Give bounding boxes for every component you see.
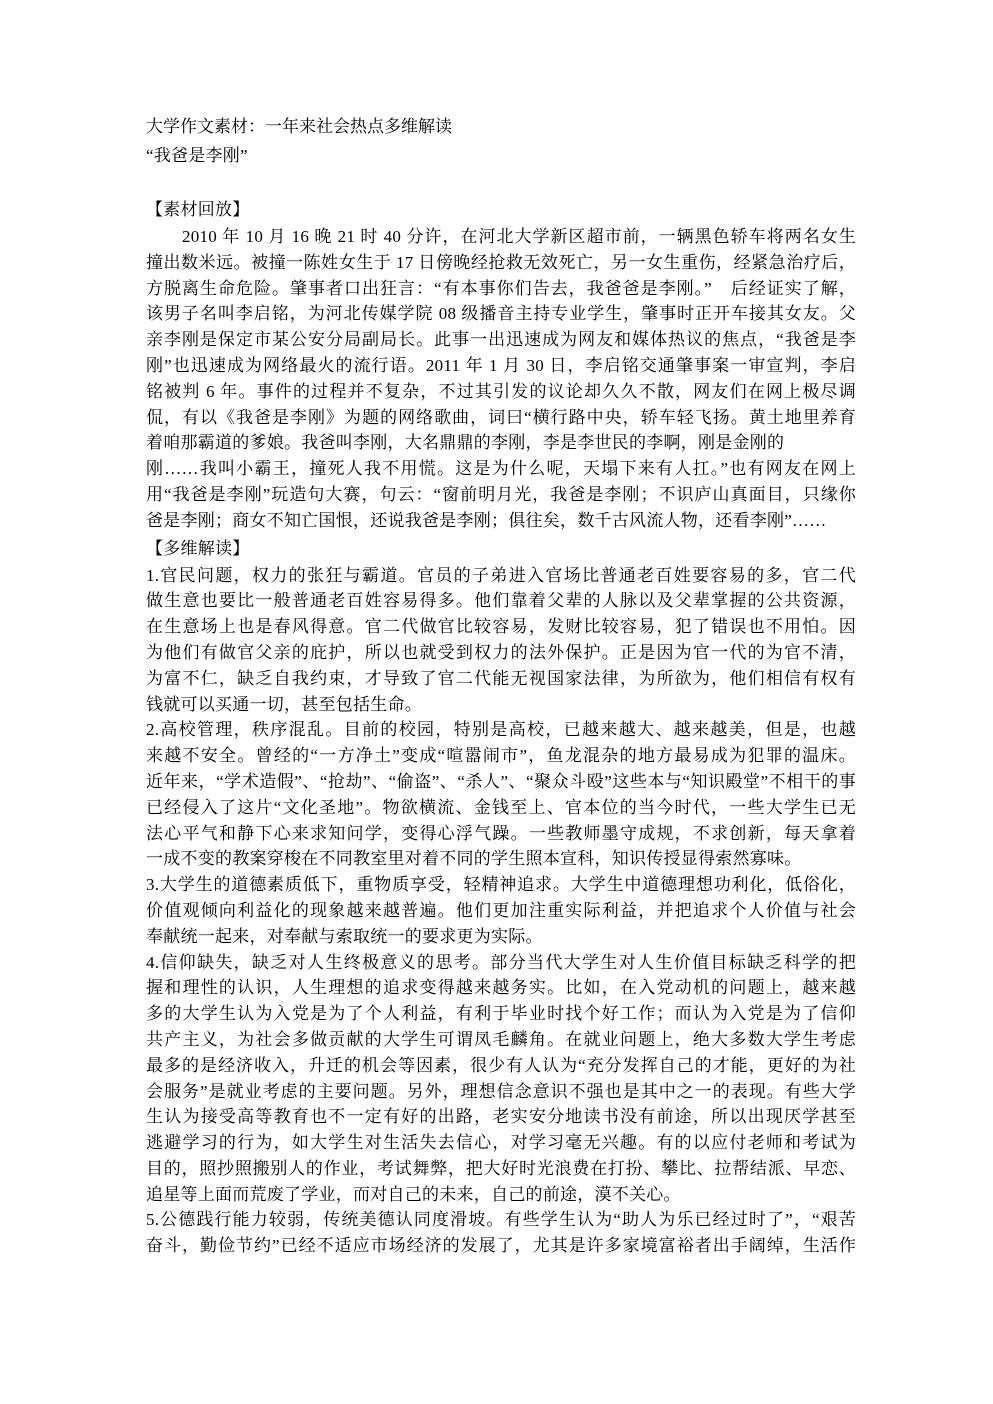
- text-line: 5.公德践行能力较弱，传统美德认同度滑坡。有些学生认为“助人为乐已经过时了”，“…: [146, 1207, 856, 1233]
- text-line: 1.官民问题，权力的张狂与霸道。官员的子弟进入官场比普通老百姓要容易的多，官二代: [146, 563, 856, 589]
- text-line: 侃，有以《我爸是李刚》为题的网络歌曲，词曰“横行路中央，轿车轻飞扬。黄土地里养育: [146, 405, 856, 431]
- text-line: 用“我爸是李刚”玩造句大赛，句云：“窗前明月光，我爸是李刚；不识庐山真面目，只缘…: [146, 482, 856, 508]
- text-line: 该男子名叫李启铭，为河北传媒学院 08 级播音主持专业学生，肇事时正开车接其女友…: [146, 301, 856, 327]
- text-line: 做生意也要比一般普通老百姓容易得多。他们靠着父辈的人脉以及父辈掌握的公共资源，: [146, 588, 856, 614]
- text-line: 4.信仰缺失，缺乏对人生终极意义的思考。部分当代大学生对人生价值目标缺乏科学的把: [146, 950, 856, 976]
- text-line: 2010 年 10 月 16 晚 21 时 40 分许，在河北大学新区超市前，一…: [146, 224, 856, 250]
- text-line: 刚……我叫小霸王，撞死人我不用慌。这是为什么呢，天塌下来有人扛。”也有网友在网上: [146, 456, 856, 482]
- text-line: 握和理性的认识，人生理想的追求变得越来越务实。比如，在入党动机的问题上，越来越: [146, 975, 856, 1001]
- text-line: 爸是李刚；商女不知亡国恨，还说我爸是李刚；俱往矣，数千古风流人物，还看李刚”……: [146, 508, 856, 534]
- text-line: 为富不仁，缺乏自我约束，才导致了官二代能无视国家法律，为所欲为，他们相信有权有: [146, 666, 856, 692]
- text-line: 生认为接受高等教育也不一定有好的出路，老实安分地读书没有前途，所以出现厌学甚至: [146, 1104, 856, 1130]
- text-line: 刚”也迅速成为网络最火的流行语。2011 年 1 月 30 日，李启铭交通肇事案…: [146, 353, 856, 379]
- blank-line: [146, 169, 856, 195]
- text-line: 一成不变的教案穿梭在不同教室里对着不同的学生照本宣科，知识传授显得索然寡味。: [146, 846, 856, 872]
- text-line: 钱就可以买通一切，甚至包括生命。: [146, 692, 856, 718]
- text-line: 近年来，“学术造假”、“抢劫”、“偷盗”、“杀人”、“聚众斗殴”这些本与“知识殿…: [146, 769, 856, 795]
- text-line: 在生意场上也是春风得意。官二代做官比较容易，发财比较容易，犯了错误也不用怕。因: [146, 614, 856, 640]
- text-line: 亲李刚是保定市某公安分局副局长。此事一出迅速成为网友和媒体热议的焦点，“我爸是李: [146, 327, 856, 353]
- text-line: 方脱离生命危险。肇事者口出狂言：“有本事你们告去，我爸爸是李刚。” 后经证实了解…: [146, 276, 856, 302]
- text-line: 法心平气和静下心来求知问学，变得心浮气躁。一些教师墨守成规，不求创新，每天拿着: [146, 821, 856, 847]
- page-title: 大学作文素材：一年来社会热点多维解读: [146, 112, 856, 142]
- text-line: 共产主义，为社会多做贡献的大学生可谓凤毛麟角。在就业问题上，绝大多数大学生考虑: [146, 1027, 856, 1053]
- document-text-column: 大学作文素材：一年来社会热点多维解读“我爸是李刚”【素材回放】 2010 年 1…: [146, 112, 856, 1259]
- document-page: 大学作文素材：一年来社会热点多维解读“我爸是李刚”【素材回放】 2010 年 1…: [0, 0, 993, 1404]
- section-header: 【素材回放】: [146, 195, 856, 224]
- text-line: 追星等上面而荒废了学业，而对自己的未来，自己的前途，漠不关心。: [146, 1182, 856, 1208]
- text-line: 2.高校管理，秩序混乱。目前的校园，特别是高校，已越来越大、越来越美，但是，也越: [146, 717, 856, 743]
- text-line: 目的，照抄照搬别人的作业，考试舞弊，把大好时光浪费在打扮、攀比、拉帮结派、早恋、: [146, 1156, 856, 1182]
- text-line: 3.大学生的道德素质低下，重物质享受，轻精神追求。大学生中道德理想功利化，低俗化…: [146, 872, 856, 898]
- text-line: 奉献统一起来，对奉献与索取统一的要求更为实际。: [146, 924, 856, 950]
- text-line: 为他们有做官父亲的庇护，所以也就受到权力的法外保护。正是因为官一代的为官不清，: [146, 640, 856, 666]
- text-line: 价值观倾向利益化的现象越来越普遍。他们更加注重实际利益，并把追求个人价值与社会: [146, 898, 856, 924]
- text-line: 奋斗，勤俭节约”已经不适应市场经济的发展了，尤其是许多家境富裕者出手阔绰，生活作: [146, 1233, 856, 1259]
- text-line: 最多的是经济收入，升迁的机会等因素，很少有人认为“充分发挥自己的才能，更好的为社: [146, 1053, 856, 1079]
- text-line: 着咱那霸道的爹娘。我爸叫李刚，大名鼎鼎的李刚，李是李世民的李啊，刚是金刚的: [146, 430, 856, 456]
- text-line: 逃避学习的行为，如大学生对生活失去信心，对学习毫无兴趣。有的以应付老师和考试为: [146, 1130, 856, 1156]
- text-line: 铭被判 6 年。事件的过程并不复杂，不过其引发的议论却久久不散，网友们在网上极尽…: [146, 379, 856, 405]
- text-line: 会服务”是就业考虑的主要问题。另外，理想信念意识不强也是其中之一的表现。有些大学: [146, 1079, 856, 1105]
- text-line: 来越不安全。曾经的“一方净土”变成“喧嚣闹市”，鱼龙混杂的地方最易成为犯罪的温床…: [146, 743, 856, 769]
- page-subtitle: “我爸是李刚”: [146, 142, 856, 169]
- text-line: 已经侵入了这片“文化圣地”。物欲横流、金钱至上、官本位的当今时代，一些大学生已无: [146, 795, 856, 821]
- text-line: 撞出数米远。被撞一陈姓女生于 17 日傍晚经抢救无效死亡，另一女生重伤，经紧急治…: [146, 250, 856, 276]
- text-line: 多的大学生认为入党是为了个人利益，有利于毕业时找个好工作；而认为入党是为了信仰: [146, 1001, 856, 1027]
- section-header: 【多维解读】: [146, 534, 856, 563]
